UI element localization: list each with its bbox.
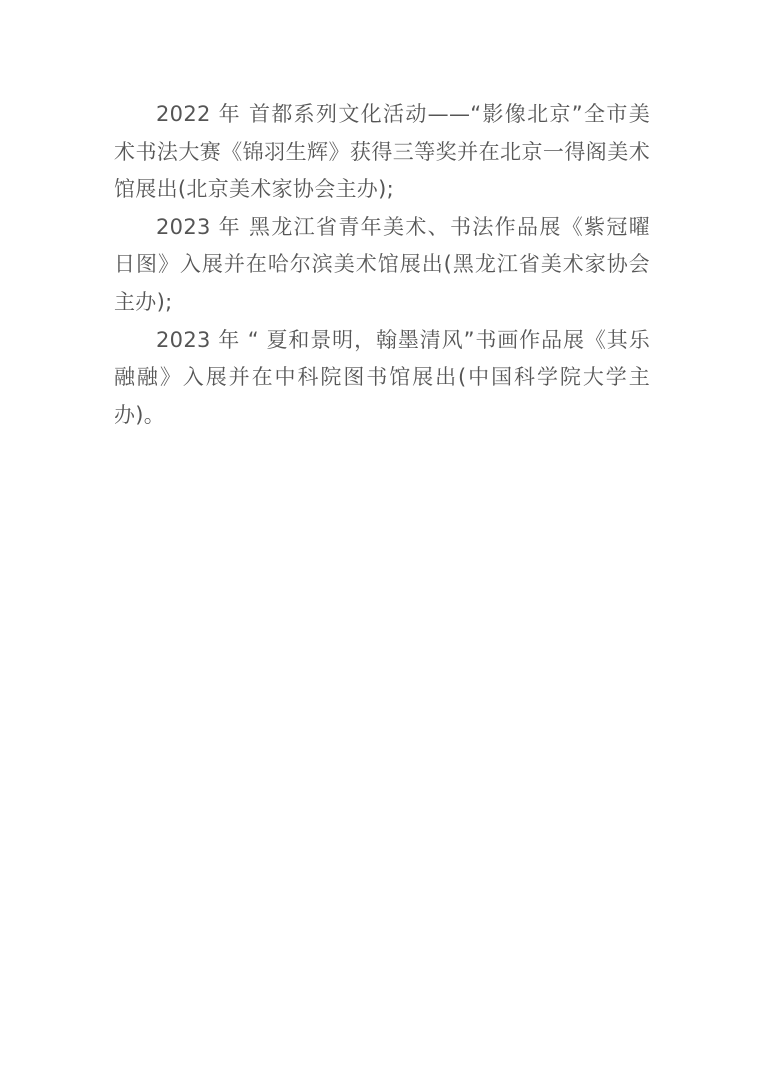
paragraph-2023-heilongjiang-exhibition: 2023 年 黑龙江省青年美术、书法作品展《紫冠曜日图》入展并在哈尔滨美术馆展出…	[114, 209, 650, 322]
paragraph-2022-beijing-award: 2022 年 首都系列文化活动——“影像北京”全市美术书法大赛《锦羽生辉》获得三…	[114, 96, 650, 209]
document-body: 2022 年 首都系列文化活动——“影像北京”全市美术书法大赛《锦羽生辉》获得三…	[114, 96, 650, 434]
paragraph-2023-cas-exhibition: 2023 年 “ 夏和景明，翰墨清风”书画作品展《其乐融融》入展并在中科院图书馆…	[114, 322, 650, 435]
